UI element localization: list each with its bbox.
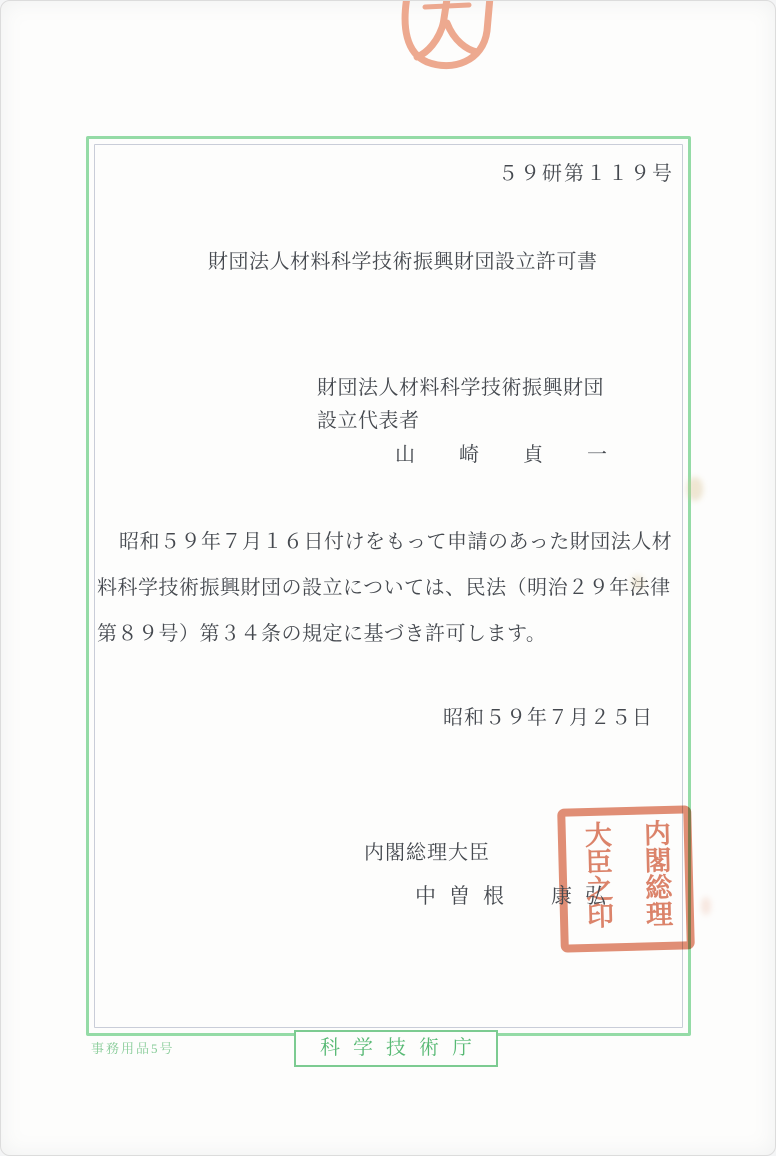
signer-name: 中曽根 康弘 (415, 880, 619, 910)
prime-minister-seal-stamp: 内閣総理 大臣之印 (557, 805, 695, 952)
footer-form-note: 事務用品5号 (91, 1038, 175, 1057)
issue-date: 昭和５９年７月２５日 (443, 701, 653, 730)
addressee-role: 設立代表者 (317, 404, 420, 433)
body-paragraph: 昭和５９年７月１６日付けをもって申請のあった財団法人材 料科学技術振興財団の設立… (97, 519, 682, 657)
addressee-organization: 財団法人材料科学技術振興財団 (317, 371, 604, 400)
partial-seal-stamp-icon (397, 1, 501, 75)
body-line: 第８９号）第３４条の規定に基づき許可します。 (97, 611, 682, 657)
document-title: 財団法人材料科学技術振興財団設立許可書 (208, 245, 598, 274)
body-line: 料科学技術振興財団の設立については、民法（明治２９年法律 (97, 565, 682, 611)
signer-title: 内閣総理大臣 (364, 836, 490, 865)
paper-stain (687, 477, 703, 501)
paper-stain (701, 897, 711, 915)
paper-stain (631, 575, 644, 590)
document-number: ５９研第１１９号 (498, 157, 674, 186)
addressee-name: 山崎貞一 (395, 438, 651, 467)
seal-column-right: 内閣総理 (639, 819, 671, 938)
scanned-certificate-page: ５９研第１１９号 財団法人材料科学技術振興財団設立許可書 財団法人材料科学技術振… (0, 0, 776, 1156)
body-line: 昭和５９年７月１６日付けをもって申請のあった財団法人材 (97, 519, 682, 565)
agency-name-box: 科学技術庁 (294, 1030, 498, 1067)
